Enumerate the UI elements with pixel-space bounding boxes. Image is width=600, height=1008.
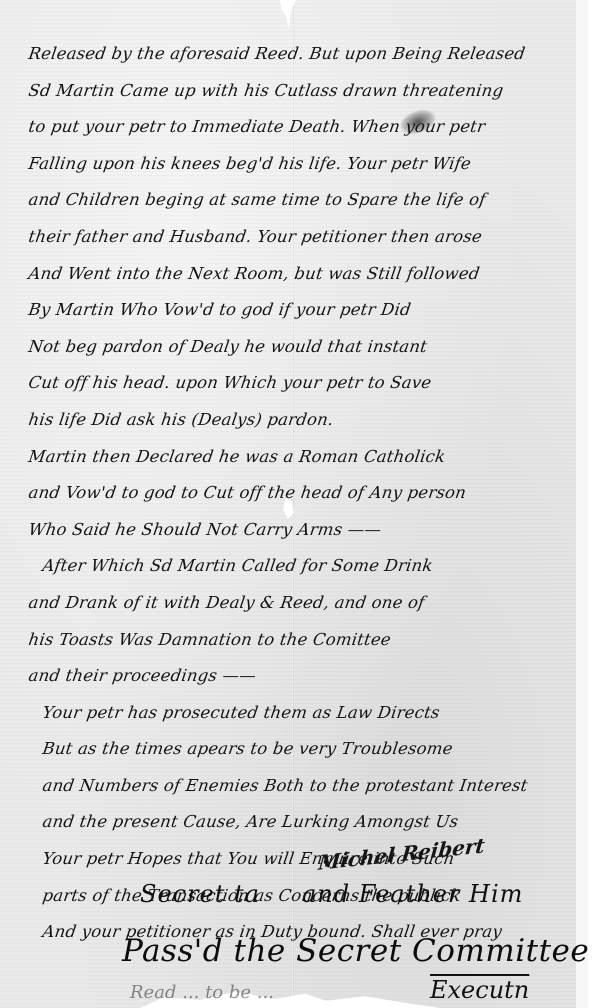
- endorsement-verdict-right: and Feather Him: [302, 880, 523, 908]
- body-line: Who Said he Should Not Carry Arms ——: [26, 512, 587, 549]
- body-line: Sd Martin Came up with his Cutlass drawn…: [26, 73, 587, 110]
- body-line: and the present Cause, Are Lurking Among…: [26, 804, 587, 841]
- manuscript-page: Released by the aforesaid Reed. But upon…: [0, 0, 588, 1008]
- body-line: Not beg pardon of Dealy he would that in…: [26, 329, 587, 366]
- body-line: And Went into the Next Room, but was Sti…: [26, 256, 587, 293]
- body-line: and Drank of it with Dealy & Reed, and o…: [26, 585, 587, 622]
- body-line: Cut off his head. upon Which your petr t…: [26, 365, 587, 402]
- endorsement-committee: Pass'd the Secret Committee: [122, 933, 588, 969]
- body-line: his Toasts Was Damnation to the Comittee: [26, 622, 587, 659]
- body-line: Released by the aforesaid Reed. But upon…: [26, 36, 587, 73]
- body-line: Falling upon his knees beg'd his life. Y…: [26, 146, 587, 183]
- body-line: his life Did ask his (Dealys) pardon.: [26, 402, 587, 439]
- body-line: By Martin Who Vow'd to god if your petr …: [26, 292, 587, 329]
- body-line: their father and Husband. Your petitione…: [26, 219, 587, 256]
- endorsement-torn-left: Read ... to be ...: [130, 982, 274, 1003]
- body-line: After Which Sd Martin Called for Some Dr…: [26, 548, 587, 585]
- body-line: and Children beging at same time to Spar…: [26, 182, 587, 219]
- body-line: Your petr has prosecuted them as Law Dir…: [26, 695, 587, 732]
- petition-body: Released by the aforesaid Reed. But upon…: [26, 36, 582, 951]
- body-line: and Numbers of Enemies Both to the prote…: [26, 768, 587, 805]
- body-line: Your petr Hopes that You will Enquire in…: [26, 841, 587, 878]
- body-line: and Vow'd to god to Cut off the head of …: [26, 475, 587, 512]
- body-line: Martin then Declared he was a Roman Cath…: [26, 439, 587, 476]
- endorsement-verdict: Secret taand Feather Him: [140, 880, 523, 908]
- endorsement-verdict-left: Secret ta: [140, 880, 260, 908]
- body-line: and their proceedings ——: [26, 658, 587, 695]
- body-line: to put your petr to Immediate Death. Whe…: [26, 109, 587, 146]
- body-line: But as the times apears to be very Troub…: [26, 731, 587, 768]
- endorsement-torn-line: Read ... to be ... Executn: [130, 982, 570, 1003]
- endorsement-execution: Executn: [430, 976, 529, 1004]
